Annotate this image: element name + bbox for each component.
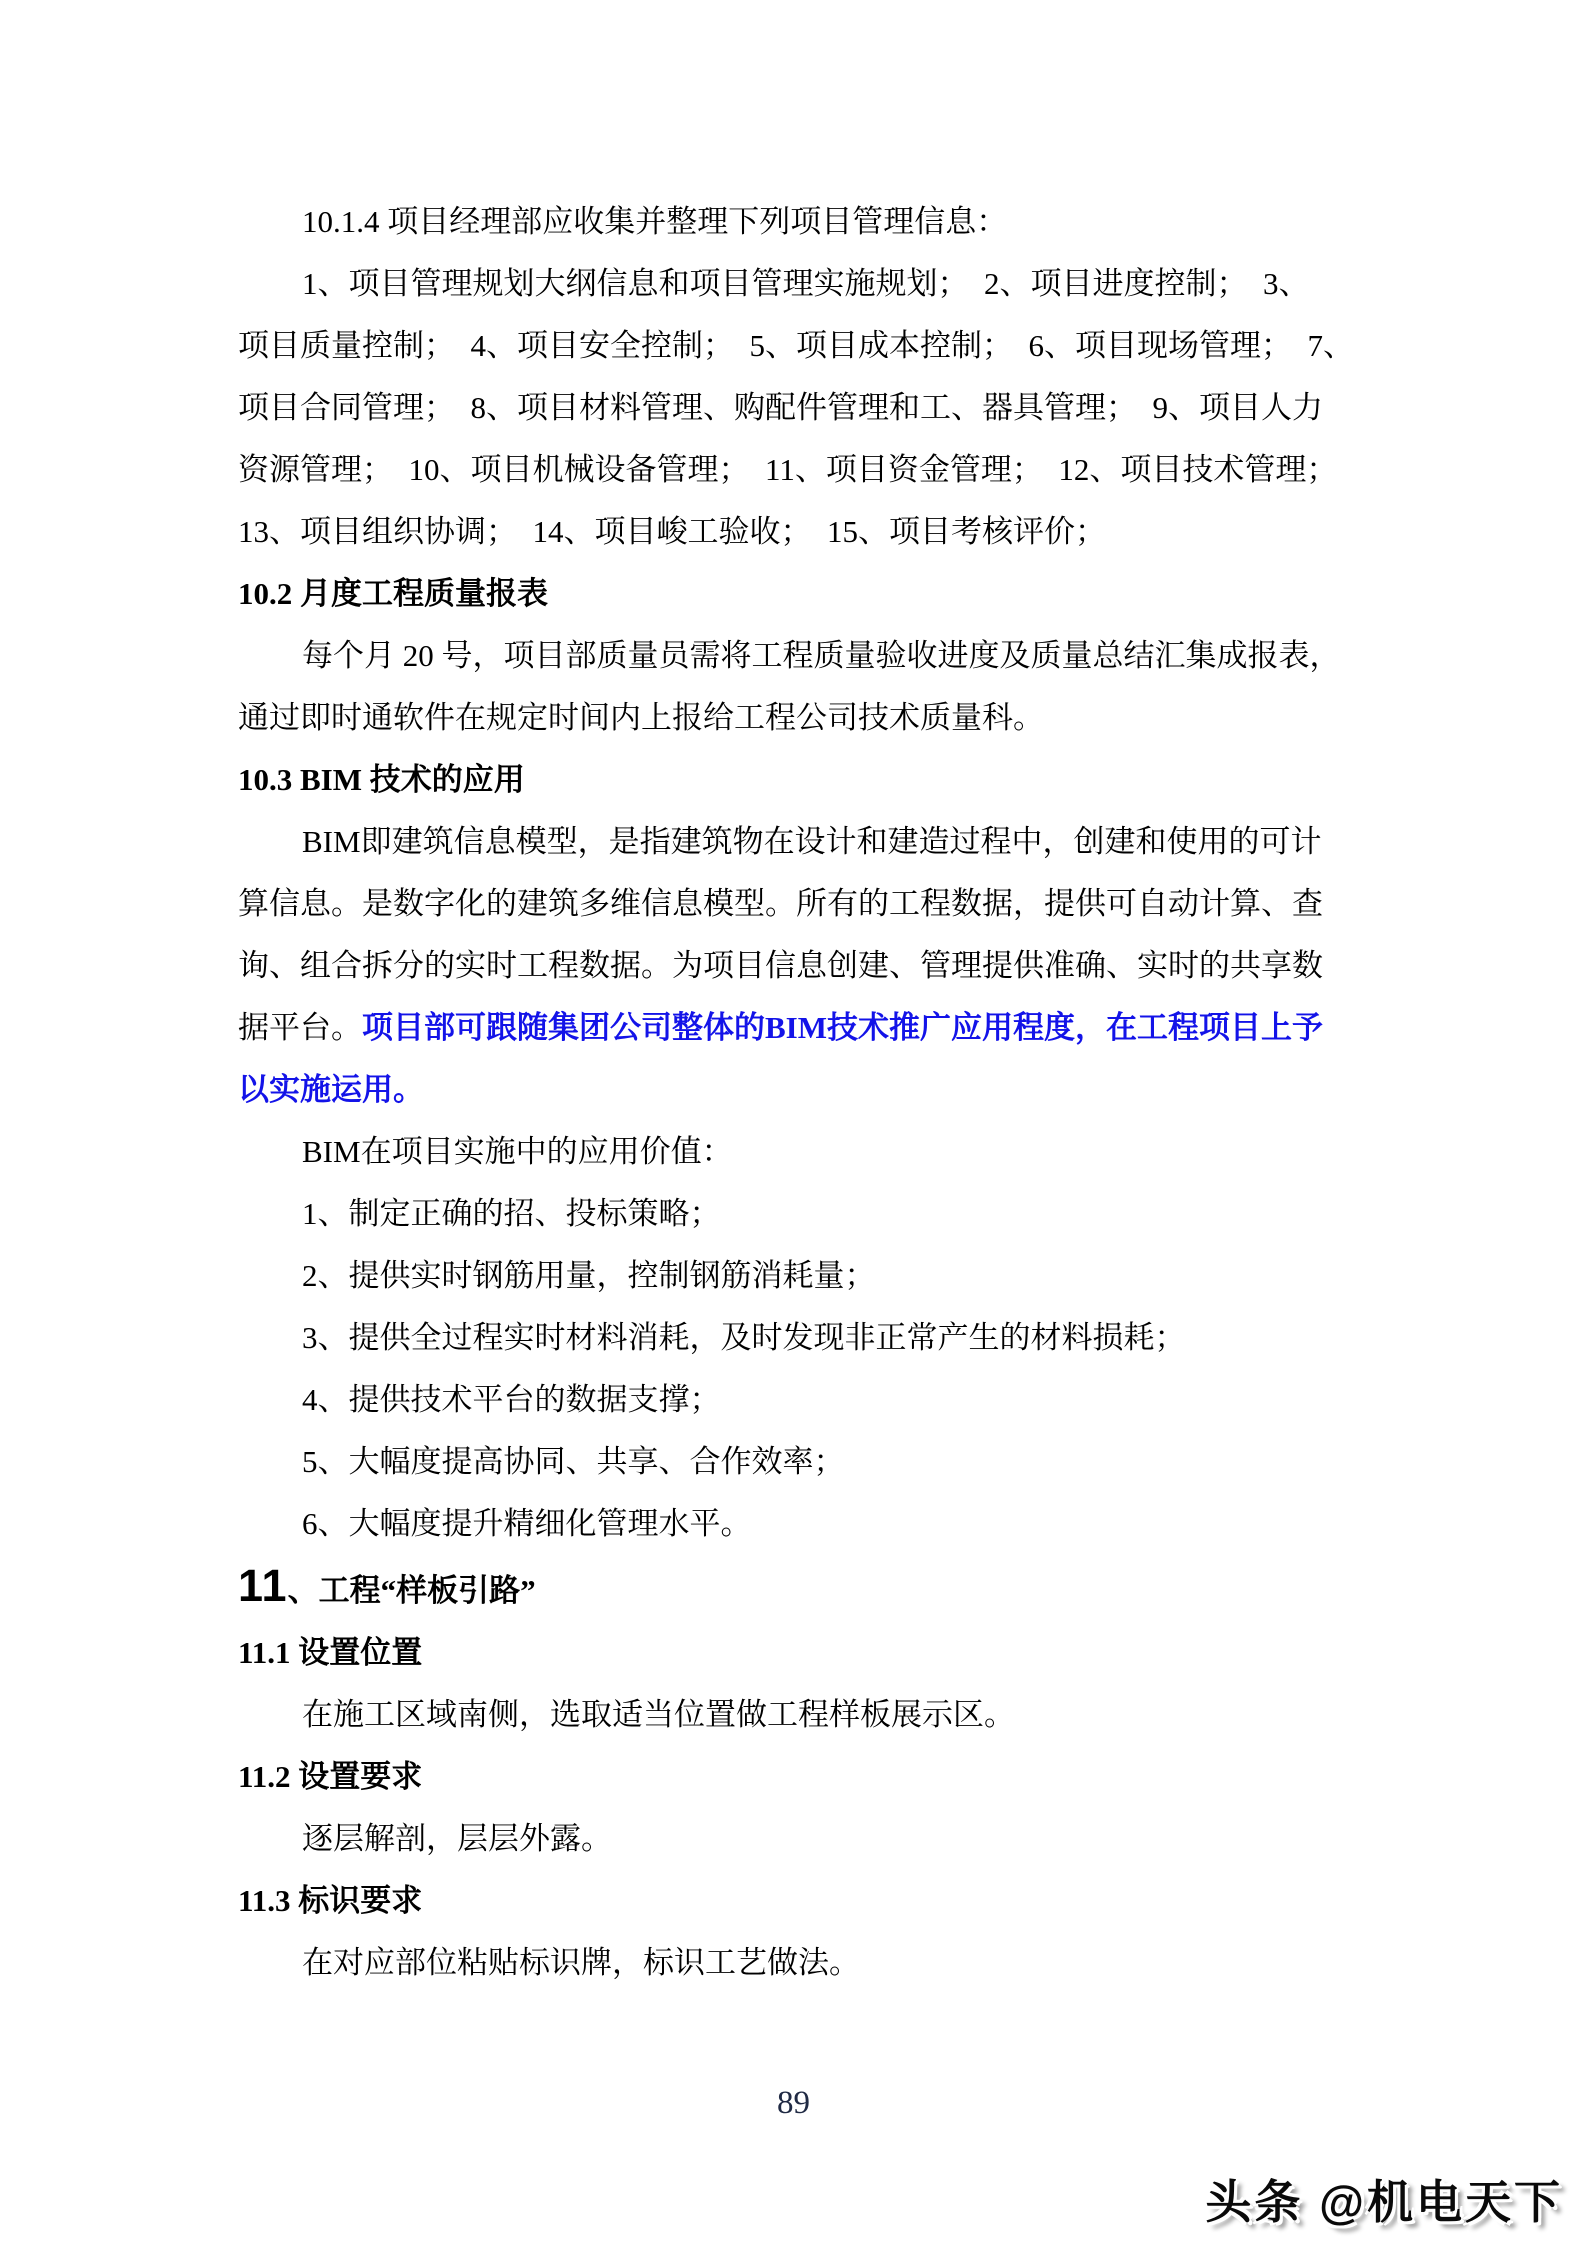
text-segment: 算信息。是数字化的建筑多维信息模型。所有的工程数据，提供可自动计算、查: [238, 886, 1323, 921]
text-segment: 每个月 20 号，项目部质量员需将工程质量验收进度及质量总结汇集成报表，: [302, 638, 1341, 673]
text-segment: BIM在项目实施中的应用价值：: [302, 1134, 733, 1169]
highlighted-text: 项目部可跟随集团公司整体的BIM技术推广应用程度，在工程项目上予: [362, 1010, 1323, 1045]
text-line: 项目质量控制； 4、项目安全控制； 5、项目成本控制； 6、项目现场管理； 7、: [238, 315, 1363, 377]
text-segment: 项目合同管理； 8、项目材料管理、购配件管理和工、器具管理； 9、项目人力: [238, 390, 1323, 425]
text-segment: 10.2 月度工程质量报表: [238, 576, 548, 611]
text-line: 3、提供全过程实时材料消耗，及时发现非正常产生的材料损耗；: [238, 1307, 1363, 1369]
document-page: 10.1.4 项目经理部应收集并整理下列项目管理信息：1、项目管理规划大纲信息和…: [0, 0, 1587, 2245]
highlighted-text: 以实施运用。: [238, 1072, 424, 1107]
section-heading: 11.1 设置位置: [238, 1622, 1363, 1684]
section-heading: 11.3 标识要求: [238, 1870, 1363, 1932]
text-line: 据平台。项目部可跟随集团公司整体的BIM技术推广应用程度，在工程项目上予: [238, 997, 1363, 1059]
text-segment: 10.1.4 项目经理部应收集并整理下列项目管理信息：: [302, 204, 1007, 239]
text-line: 6、大幅度提升精细化管理水平。: [238, 1493, 1363, 1555]
text-segment: 5、大幅度提高协同、共享、合作效率；: [302, 1444, 845, 1479]
text-segment: 13、项目组织协调； 14、项目峻工验收； 15、项目考核评价；: [238, 514, 1106, 549]
text-line: 2、提供实时钢筋用量，控制钢筋消耗量；: [238, 1245, 1363, 1307]
text-segment: 询、组合拆分的实时工程数据。为项目信息创建、管理提供准确、实时的共享数: [238, 948, 1323, 983]
text-segment: 、工程“样板引路”: [288, 1573, 536, 1608]
section-heading: 11、工程“样板引路”: [238, 1555, 1363, 1622]
text-line: 通过即时通软件在规定时间内上报给工程公司技术质量科。: [238, 687, 1363, 749]
text-segment: 6、大幅度提升精细化管理水平。: [302, 1506, 752, 1541]
text-line: 在施工区域南侧，选取适当位置做工程样板展示区。: [238, 1684, 1363, 1746]
text-line: 询、组合拆分的实时工程数据。为项目信息创建、管理提供准确、实时的共享数: [238, 935, 1363, 997]
text-line: 1、制定正确的招、投标策略；: [238, 1183, 1363, 1245]
document-body: 10.1.4 项目经理部应收集并整理下列项目管理信息：1、项目管理规划大纲信息和…: [238, 191, 1363, 1994]
heading-number: 11: [238, 1560, 288, 1611]
text-segment: 逐层解剖，层层外露。: [302, 1821, 612, 1856]
text-segment: 在对应部位粘贴标识牌，标识工艺做法。: [302, 1945, 860, 1980]
text-line: 1、项目管理规划大纲信息和项目管理实施规划； 2、项目进度控制； 3、: [238, 253, 1363, 315]
text-line: BIM在项目实施中的应用价值：: [238, 1121, 1363, 1183]
watermark: 头条 @机电天下: [1205, 2166, 1563, 2232]
text-segment: 项目质量控制； 4、项目安全控制； 5、项目成本控制； 6、项目现场管理； 7、: [238, 328, 1354, 363]
text-segment: 通过即时通软件在规定时间内上报给工程公司技术质量科。: [238, 700, 1044, 735]
text-segment: 4、提供技术平台的数据支撑；: [302, 1382, 721, 1417]
section-heading: 10.2 月度工程质量报表: [238, 563, 1363, 625]
text-segment: 11.2 设置要求: [238, 1759, 422, 1794]
text-segment: 2、提供实时钢筋用量，控制钢筋消耗量；: [302, 1258, 876, 1293]
text-line: 5、大幅度提高协同、共享、合作效率；: [238, 1431, 1363, 1493]
text-segment: 10.3 BIM 技术的应用: [238, 762, 525, 797]
text-line: 在对应部位粘贴标识牌，标识工艺做法。: [238, 1932, 1363, 1994]
text-line: 4、提供技术平台的数据支撑；: [238, 1369, 1363, 1431]
text-line: 项目合同管理； 8、项目材料管理、购配件管理和工、器具管理； 9、项目人力: [238, 377, 1363, 439]
text-line: 以实施运用。: [238, 1059, 1363, 1121]
text-line: BIM即建筑信息模型，是指建筑物在设计和建造过程中，创建和使用的可计: [238, 811, 1363, 873]
text-line: 每个月 20 号，项目部质量员需将工程质量验收进度及质量总结汇集成报表，: [238, 625, 1363, 687]
text-line: 算信息。是数字化的建筑多维信息模型。所有的工程数据，提供可自动计算、查: [238, 873, 1363, 935]
text-segment: 在施工区域南侧，选取适当位置做工程样板展示区。: [302, 1697, 1015, 1732]
text-line: 13、项目组织协调； 14、项目峻工验收； 15、项目考核评价；: [238, 501, 1363, 563]
text-segment: 3、提供全过程实时材料消耗，及时发现非正常产生的材料损耗；: [302, 1320, 1186, 1355]
section-heading: 10.3 BIM 技术的应用: [238, 749, 1363, 811]
text-segment: 据平台。: [238, 1010, 362, 1045]
text-segment: 1、制定正确的招、投标策略；: [302, 1196, 721, 1231]
page-number: 89: [0, 2083, 1587, 2123]
section-heading: 11.2 设置要求: [238, 1746, 1363, 1808]
text-segment: 11.3 标识要求: [238, 1883, 422, 1918]
text-line: 10.1.4 项目经理部应收集并整理下列项目管理信息：: [238, 191, 1363, 253]
text-line: 逐层解剖，层层外露。: [238, 1808, 1363, 1870]
text-segment: 11.1 设置位置: [238, 1635, 422, 1670]
text-segment: 资源管理； 10、项目机械设备管理； 11、项目资金管理； 12、项目技术管理；: [238, 452, 1337, 487]
text-segment: 1、项目管理规划大纲信息和项目管理实施规划； 2、项目进度控制； 3、: [302, 266, 1310, 301]
text-line: 资源管理； 10、项目机械设备管理； 11、项目资金管理； 12、项目技术管理；: [238, 439, 1363, 501]
text-segment: BIM即建筑信息模型，是指建筑物在设计和建造过程中，创建和使用的可计: [302, 824, 1322, 859]
